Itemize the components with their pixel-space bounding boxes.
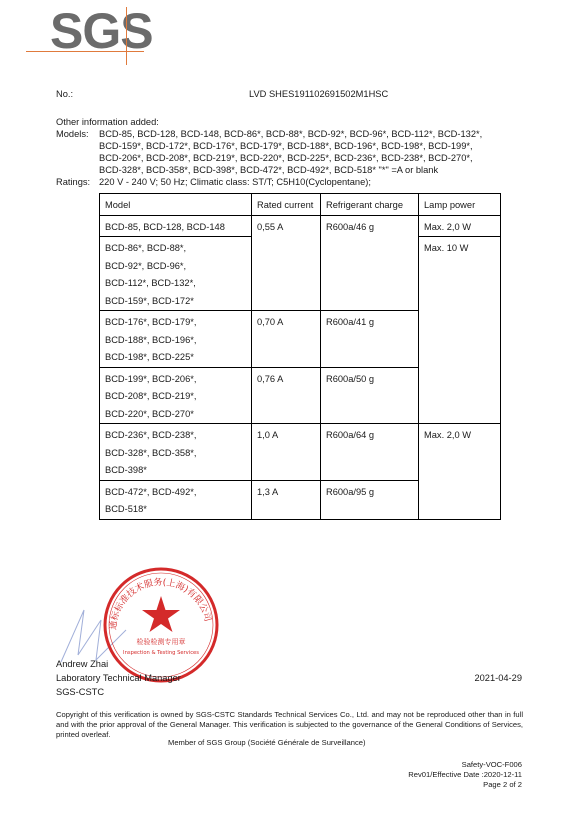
official-stamp: 通标标准技术服务(上海)有限公司 检验检测专用章 Inspection & Te… xyxy=(102,566,220,684)
cell-model: BCD-86*, BCD-88*, BCD-92*, BCD-96*, BCD-… xyxy=(100,237,252,311)
models-line: BCD-85, BCD-128, BCD-148, BCD-86*, BCD-8… xyxy=(99,128,519,140)
model-line: BCD-518* xyxy=(105,501,246,519)
spec-table: Model Rated current Refrigerant charge L… xyxy=(99,193,501,520)
model-line: BCD-472*, BCD-492*, xyxy=(105,484,246,502)
models-line: BCD-159*, BCD-172*, BCD-176*, BCD-179*, … xyxy=(99,140,519,152)
cell-model: BCD-176*, BCD-179*, BCD-188*, BCD-196*, … xyxy=(100,311,252,368)
cell-model: BCD-199*, BCD-206*, BCD-208*, BCD-219*, … xyxy=(100,367,252,424)
cell-rated-current: 1,0 A xyxy=(252,424,321,481)
model-line: BCD-85, BCD-128, BCD-148 xyxy=(105,219,246,237)
report-no-label: No.: xyxy=(56,88,73,100)
cell-rated-current: 0,70 A xyxy=(252,311,321,368)
model-line: BCD-236*, BCD-238*, xyxy=(105,427,246,445)
cell-refrigerant-charge: R600a/95 g xyxy=(321,480,419,519)
model-line: BCD-159*, BCD-172* xyxy=(105,293,246,311)
logo-accent-line-vertical xyxy=(126,7,127,65)
model-line: BCD-92*, BCD-96*, xyxy=(105,258,246,276)
cell-model: BCD-85, BCD-128, BCD-148 xyxy=(100,215,252,237)
model-line: BCD-199*, BCD-206*, xyxy=(105,371,246,389)
cell-refrigerant-charge: R600a/50 g xyxy=(321,367,419,424)
cell-rated-current: 1,3 A xyxy=(252,480,321,519)
member-notice: Member of SGS Group (Société Générale de… xyxy=(168,738,366,747)
stamp-center-en: Inspection & Testing Services xyxy=(123,650,199,656)
cell-lamp-power: Max. 10 W xyxy=(419,237,501,424)
table-row: BCD-85, BCD-128, BCD-148 0,55 A R600a/46… xyxy=(100,215,501,237)
cell-rated-current: 0,76 A xyxy=(252,367,321,424)
cell-lamp-power: Max. 2,0 W xyxy=(419,215,501,237)
signature-date: 2021-04-29 xyxy=(474,672,522,684)
signatory-name: Andrew Zhai xyxy=(56,658,108,670)
model-line: BCD-176*, BCD-179*, xyxy=(105,314,246,332)
model-line: BCD-220*, BCD-270* xyxy=(105,406,246,424)
cell-rated-current: 0,55 A xyxy=(252,215,321,311)
model-line: BCD-208*, BCD-219*, xyxy=(105,388,246,406)
cell-model: BCD-236*, BCD-238*, BCD-328*, BCD-358*, … xyxy=(100,424,252,481)
ratings-value: 220 V - 240 V; 50 Hz; Climatic class: ST… xyxy=(99,176,371,188)
revision-date: Rev01/Effective Date :2020-12-11 xyxy=(408,770,522,780)
header-rated-current: Rated current xyxy=(252,194,321,216)
cell-refrigerant-charge: R600a/46 g xyxy=(321,215,419,311)
signatory-org: SGS-CSTC xyxy=(56,686,104,698)
signatory-title: Laboratory Technical Manager xyxy=(56,672,181,684)
stamp-center-cn: 检验检测专用章 xyxy=(137,637,186,646)
cell-lamp-power: Max. 2,0 W xyxy=(419,424,501,520)
models-list: BCD-85, BCD-128, BCD-148, BCD-86*, BCD-8… xyxy=(99,128,519,176)
sgs-logo: SGS xyxy=(26,4,146,68)
ratings-label: Ratings: xyxy=(56,176,90,188)
model-line: BCD-328*, BCD-358*, xyxy=(105,445,246,463)
table-row: BCD-236*, BCD-238*, BCD-328*, BCD-358*, … xyxy=(100,424,501,481)
model-line: BCD-198*, BCD-225* xyxy=(105,349,246,367)
models-line: BCD-328*, BCD-358*, BCD-398*, BCD-472*, … xyxy=(99,164,519,176)
table-header-row: Model Rated current Refrigerant charge L… xyxy=(100,194,501,216)
model-line: BCD-112*, BCD-132*, xyxy=(105,275,246,293)
header-refrigerant-charge: Refrigerant charge xyxy=(321,194,419,216)
model-line: BCD-398* xyxy=(105,462,246,480)
cell-refrigerant-charge: R600a/41 g xyxy=(321,311,419,368)
form-code: Safety-VOC-F006 xyxy=(462,760,522,770)
stamp-star-icon xyxy=(142,596,180,632)
model-line: BCD-188*, BCD-196*, xyxy=(105,332,246,350)
cell-refrigerant-charge: R600a/64 g xyxy=(321,424,419,481)
models-label: Models: xyxy=(56,128,89,140)
copyright-notice: Copyright of this verification is owned … xyxy=(56,710,523,740)
other-info-heading: Other information added: xyxy=(56,116,159,128)
logo-text: SGS xyxy=(50,6,153,56)
cell-model: BCD-472*, BCD-492*, BCD-518* xyxy=(100,480,252,519)
report-no-value: LVD SHES191102691502M1HSC xyxy=(249,88,388,100)
header-model: Model xyxy=(100,194,252,216)
page-number: Page 2 of 2 xyxy=(483,780,522,790)
models-line: BCD-206*, BCD-208*, BCD-219*, BCD-220*, … xyxy=(99,152,519,164)
header-lamp-power: Lamp power xyxy=(419,194,501,216)
model-line: BCD-86*, BCD-88*, xyxy=(105,240,246,258)
